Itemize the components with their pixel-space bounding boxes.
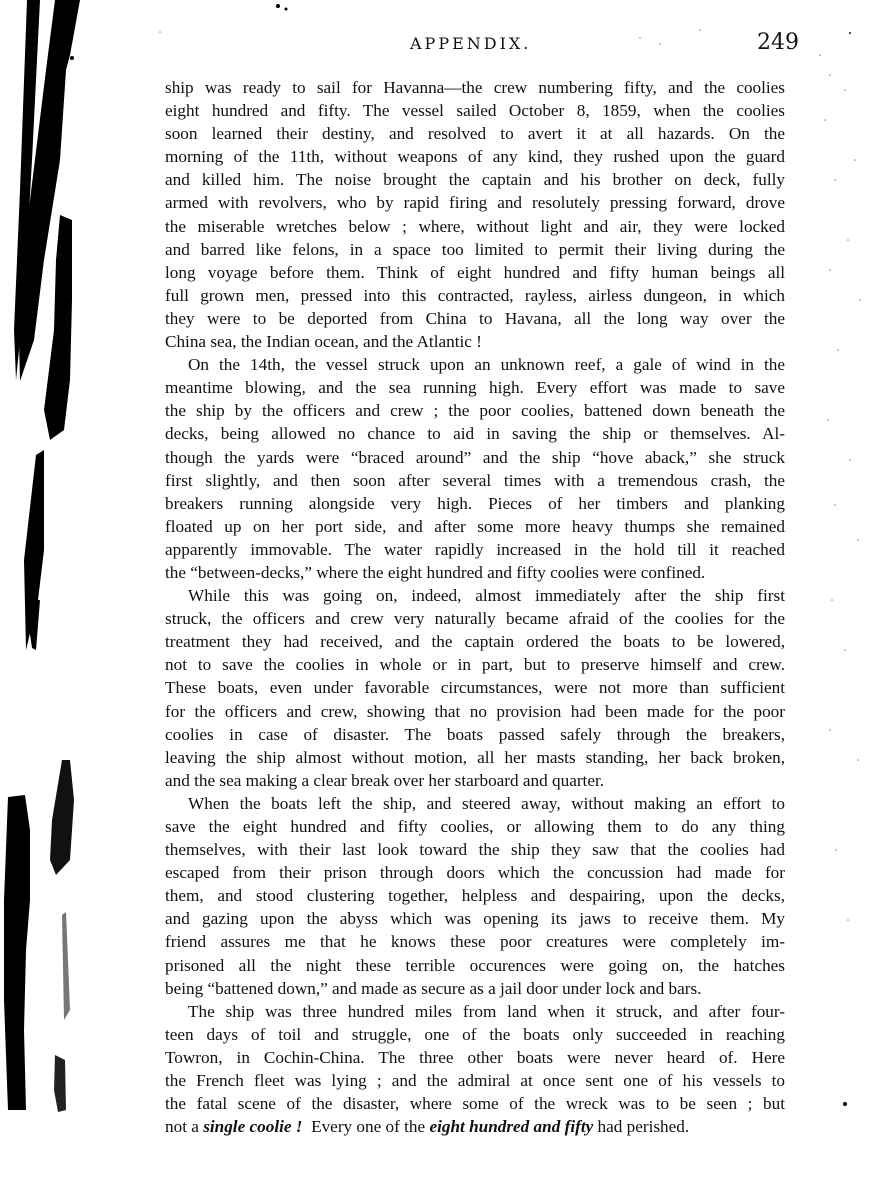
text-line: teen days of toil and struggle, one of t… <box>165 1023 785 1046</box>
text-line: and the sea making a clear break over he… <box>165 769 785 792</box>
text-line: decks, being allowed no chance to aid in… <box>165 422 785 445</box>
text-line: On the 14th, the vessel struck upon an u… <box>165 353 785 376</box>
paragraph-5: The ship was three hundred miles from la… <box>165 1000 785 1139</box>
text-line: first slightly, and then soon after seve… <box>165 469 785 492</box>
running-head: APPENDIX. <box>410 34 531 53</box>
text-line: breakers running alongside very high. Pi… <box>165 492 785 515</box>
text-line: save the eight hundred and fifty coolies… <box>165 815 785 838</box>
body-text: ship was ready to sail for Havanna—the c… <box>165 76 785 1138</box>
text-line: leaving the ship almost without motion, … <box>165 746 785 769</box>
text-line: being “battened down,” and made as secur… <box>165 977 785 1000</box>
text-run: Every one of the <box>303 1117 430 1136</box>
page-header: APPENDIX. 249 <box>140 30 840 62</box>
text-line: armed with revolvers, who by rapid firin… <box>165 191 785 214</box>
scanned-book-page: APPENDIX. 249 ship was ready to sail for… <box>0 0 874 1200</box>
text-line: When the boats left the ship, and steere… <box>165 792 785 815</box>
text-line: the “between-decks,” where the eight hun… <box>165 561 785 584</box>
text-line: they were to be deported from China to H… <box>165 307 785 330</box>
text-line: the miserable wretches below ; where, wi… <box>165 215 785 238</box>
text-line: for the officers and crew, showing that … <box>165 700 785 723</box>
text-line: meantime blowing, and the sea running hi… <box>165 376 785 399</box>
text-line: morning of the 11th, without weapons of … <box>165 145 785 168</box>
text-line: China sea, the Indian ocean, and the Atl… <box>165 330 785 353</box>
text-line: coolies in case of disaster. The boats p… <box>165 723 785 746</box>
text-line: and killed him. The noise brought the ca… <box>165 168 785 191</box>
italic-emphasis: single coolie ! <box>203 1117 302 1136</box>
paragraph-2: On the 14th, the vessel struck upon an u… <box>165 353 785 584</box>
text-line: apparently immovable. The water rapidly … <box>165 538 785 561</box>
text-line: long voyage before them. Think of eight … <box>165 261 785 284</box>
paragraph-3: While this was going on, indeed, almost … <box>165 584 785 792</box>
text-line: escaped from their prison through doors … <box>165 861 785 884</box>
italic-emphasis: eight hundred and fifty <box>429 1117 593 1136</box>
text-line: eight hundred and fifty. The vessel sail… <box>165 99 785 122</box>
text-line: full grown men, pressed into this contra… <box>165 284 785 307</box>
text-line: floated up on her port side, and after s… <box>165 515 785 538</box>
text-line: ship was ready to sail for Havanna—the c… <box>165 76 785 99</box>
text-run: had perished. <box>593 1117 689 1136</box>
text-line: and barred like felons, in a space too l… <box>165 238 785 261</box>
text-line: themselves, with their last look toward … <box>165 838 785 861</box>
text-line: friend assures me that he knows these po… <box>165 930 785 953</box>
text-line: the ship by the officers and crew ; the … <box>165 399 785 422</box>
text-line: struck, the officers and crew very natur… <box>165 607 785 630</box>
text-line: them, and stood clustering together, hel… <box>165 884 785 907</box>
paragraph-1: ship was ready to sail for Havanna—the c… <box>165 76 785 353</box>
text-line: These boats, even under favorable circum… <box>165 676 785 699</box>
text-line: though the yards were “braced around” an… <box>165 446 785 469</box>
text-line: The ship was three hundred miles from la… <box>165 1000 785 1023</box>
text-line: and gazing upon the abyss which was open… <box>165 907 785 930</box>
text-line: the fatal scene of the disaster, where s… <box>165 1092 785 1115</box>
page-number: 249 <box>757 30 799 55</box>
final-line: not a single coolie ! Every one of the e… <box>165 1115 785 1138</box>
text-line: While this was going on, indeed, almost … <box>165 584 785 607</box>
text-line: Towron, in Cochin-China. The three other… <box>165 1046 785 1069</box>
text-line: not to save the coolies in whole or in p… <box>165 653 785 676</box>
text-run: not a <box>165 1117 203 1136</box>
text-line: soon learned their destiny, and resolved… <box>165 122 785 145</box>
text-line: the French fleet was lying ; and the adm… <box>165 1069 785 1092</box>
text-line: treatment they had received, and the cap… <box>165 630 785 653</box>
paragraph-4: When the boats left the ship, and steere… <box>165 792 785 1000</box>
text-line: prisoned all the night these terrible oc… <box>165 954 785 977</box>
